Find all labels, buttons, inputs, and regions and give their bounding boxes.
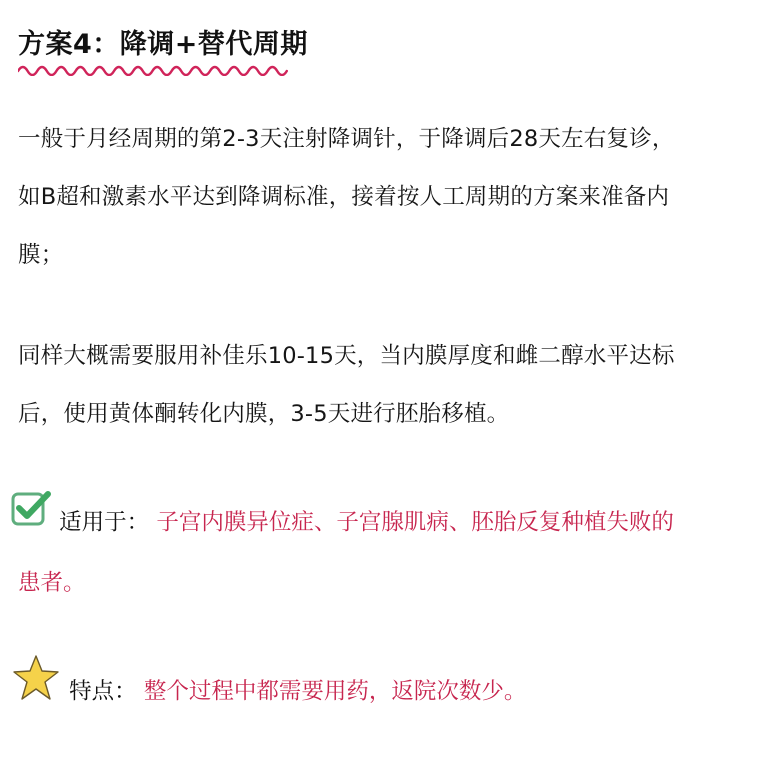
page-title: 方案4：降调+替代周期 [18, 22, 308, 61]
star-icon [10, 653, 62, 725]
wavy-underline-decoration [18, 62, 288, 76]
features-label: 特点： [69, 679, 137, 705]
features-value: 整个过程中都需要用药，返院次数少。 [144, 679, 527, 705]
paragraph-line: 同样大概需要服用补佳乐10-15天，当内膜厚度和雌二醇水平达标 [18, 327, 758, 385]
applicable-value-continued: 患者。 [10, 554, 760, 612]
applicable-for-item: 适用于： 子宫内膜异位症、子宫腺肌病、胚胎反复种植失败的 患者。 [10, 492, 760, 612]
paragraph-line: 一般于月经周期的第2-3天注射降调针，于降调后28天左右复诊， [18, 110, 758, 168]
paragraph-line: 膜； [18, 226, 758, 284]
applicable-label: 适用于： [59, 510, 149, 536]
paragraph-line: 后，使用黄体酮转化内膜，3-5天进行胚胎移植。 [18, 385, 758, 443]
paragraph-medication: 同样大概需要服用补佳乐10-15天，当内膜厚度和雌二醇水平达标 后，使用黄体酮转… [18, 327, 758, 443]
applicable-line-1: 适用于： 子宫内膜异位症、子宫腺肌病、胚胎反复种植失败的 [10, 492, 760, 554]
features-item: 特点： 整个过程中都需要用药，返院次数少。 [10, 656, 760, 728]
features-line: 特点： 整个过程中都需要用药，返院次数少。 [10, 656, 760, 728]
applicable-value: 子宫内膜异位症、子宫腺肌病、胚胎反复种植失败的 [156, 510, 674, 536]
paragraph-downregulation: 一般于月经周期的第2-3天注射降调针，于降调后28天左右复诊， 如B超和激素水平… [18, 110, 758, 284]
checkbox-icon [10, 489, 52, 551]
paragraph-line: 如B超和激素水平达到降调标准，接着按人工周期的方案来准备内 [18, 168, 758, 226]
